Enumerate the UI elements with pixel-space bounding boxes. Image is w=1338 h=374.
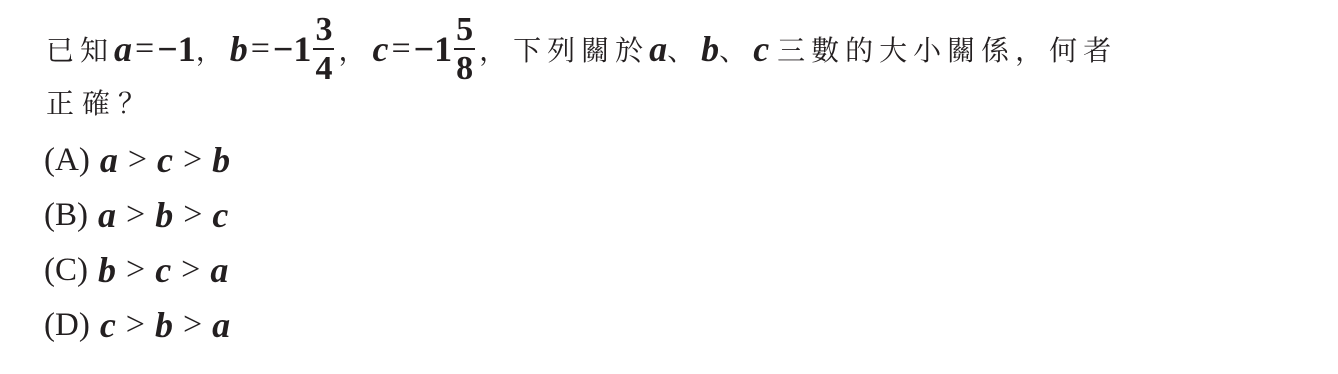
- choice-d[interactable]: (D) c > b > a: [44, 305, 230, 345]
- choice-a[interactable]: (A) a > c > b: [44, 140, 230, 180]
- suffix-text: 三數的大小關係，何者: [777, 29, 1117, 69]
- b-whole: −1: [273, 28, 312, 70]
- var-c: c: [372, 28, 388, 70]
- mid-text: ，下列關於: [479, 29, 649, 69]
- choice-label: (B): [44, 197, 88, 234]
- question-line-1: 已知 a = −1 ， b = −1 3 4 ， c = −1 5 8 ，下列關…: [46, 14, 1117, 84]
- var-c: c: [753, 28, 769, 70]
- comma: ，: [338, 29, 372, 69]
- separator: 、: [667, 29, 701, 69]
- choice-label: (D): [44, 307, 90, 344]
- term: a: [212, 304, 230, 346]
- term: b: [212, 139, 230, 181]
- b-numerator: 3: [313, 13, 334, 50]
- a-value: −1: [157, 28, 196, 70]
- c-whole: −1: [414, 28, 453, 70]
- equals-sign: =: [391, 30, 410, 68]
- c-denominator: 8: [456, 50, 473, 86]
- greater-than: >: [181, 251, 200, 289]
- greater-than: >: [126, 306, 145, 344]
- term: c: [100, 304, 116, 346]
- b-fraction: 3 4: [313, 13, 334, 86]
- greater-than: >: [183, 196, 202, 234]
- b-denominator: 4: [315, 50, 332, 86]
- term: a: [100, 139, 118, 181]
- choice-c[interactable]: (C) b > c > a: [44, 250, 228, 290]
- separator: 、: [719, 29, 753, 69]
- greater-than: >: [183, 141, 202, 179]
- choice-label: (C): [44, 252, 88, 289]
- c-fraction: 5 8: [454, 13, 475, 86]
- term: a: [98, 194, 116, 236]
- term: c: [155, 249, 171, 291]
- question-page: 已知 a = −1 ， b = −1 3 4 ， c = −1 5 8 ，下列關…: [0, 0, 1338, 374]
- term: b: [98, 249, 116, 291]
- question-prefix: 已知: [46, 29, 114, 69]
- question-line-2: 正確？: [46, 82, 154, 122]
- term: c: [157, 139, 173, 181]
- c-numerator: 5: [454, 13, 475, 50]
- equals-sign: =: [135, 30, 154, 68]
- var-a: a: [114, 28, 132, 70]
- greater-than: >: [126, 251, 145, 289]
- term: b: [155, 194, 173, 236]
- greater-than: >: [183, 306, 202, 344]
- var-a: a: [649, 28, 667, 70]
- choice-b[interactable]: (B) a > b > c: [44, 195, 228, 235]
- comma: ，: [196, 29, 230, 69]
- greater-than: >: [126, 196, 145, 234]
- greater-than: >: [128, 141, 147, 179]
- equals-sign: =: [251, 30, 270, 68]
- term: c: [212, 194, 228, 236]
- term: b: [155, 304, 173, 346]
- term: a: [210, 249, 228, 291]
- var-b: b: [230, 28, 248, 70]
- choice-label: (A): [44, 142, 90, 179]
- var-b: b: [701, 28, 719, 70]
